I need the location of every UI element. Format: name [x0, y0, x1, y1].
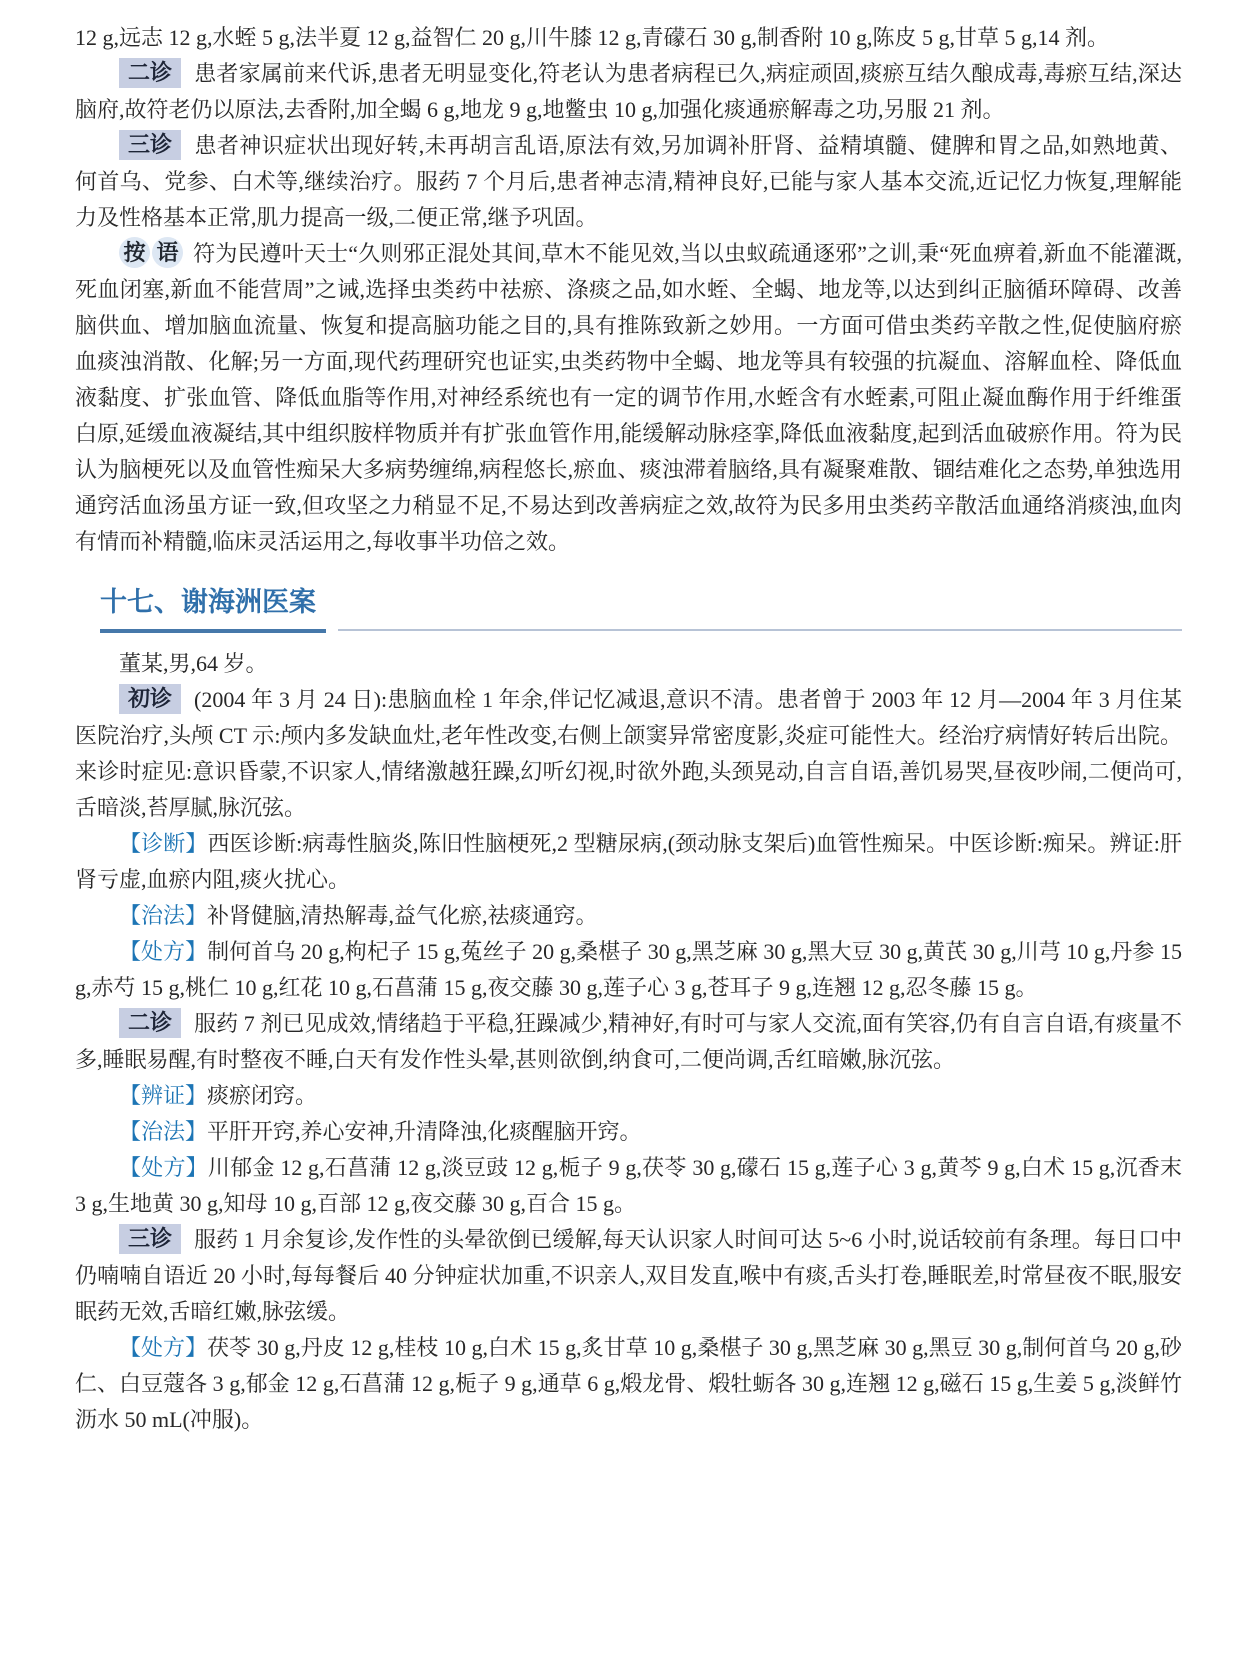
prescription-paragraph-1: 【处方】制何首乌 20 g,枸杞子 15 g,菟丝子 20 g,桑椹子 30 g… — [75, 934, 1182, 1006]
syndrome-label: 【辨证】 — [119, 1083, 207, 1108]
book-page: 12 g,远志 12 g,水蛭 5 g,法半夏 12 g,益智仁 20 g,川牛… — [0, 0, 1254, 1666]
second-visit-text: 患者家属前来代诉,患者无明显变化,符老认为患者病程已久,病症顽固,痰瘀互结久酿成… — [75, 61, 1182, 122]
diagnosis-label: 【诊断】 — [119, 831, 208, 856]
third-visit-text: 患者神识症状出现好转,未再胡言乱语,原法有效,另加调补肝肾、益精填髓、健脾和胃之… — [75, 133, 1182, 230]
patient-info: 董某,男,64 岁。 — [75, 646, 1182, 682]
visit-badge-third-2: 三诊 — [119, 1224, 181, 1254]
treatment-label-1: 【治法】 — [119, 903, 207, 928]
prescription-label-1: 【处方】 — [119, 939, 207, 964]
treatment-label-2: 【治法】 — [119, 1119, 207, 1144]
second-visit-paragraph-2: 二诊服药 7 剂已见成效,情绪趋于平稳,狂躁减少,精神好,有时可与家人交流,面有… — [75, 1006, 1182, 1078]
first-visit-paragraph: 初诊(2004 年 3 月 24 日):患脑血栓 1 年余,伴记忆减退,意识不清… — [75, 682, 1182, 826]
prescription-text-1: 制何首乌 20 g,枸杞子 15 g,菟丝子 20 g,桑椹子 30 g,黑芝麻… — [75, 939, 1182, 1000]
second-visit-paragraph: 二诊患者家属前来代诉,患者无明显变化,符老认为患者病程已久,病症顽固,痰瘀互结久… — [75, 56, 1182, 128]
treatment-text-2: 平肝开窍,养心安神,升清降浊,化痰醒脑开窍。 — [207, 1119, 642, 1144]
section-heading: 十七、谢海洲医案 — [100, 587, 1182, 633]
third-visit-paragraph: 三诊患者神识症状出现好转,未再胡言乱语,原法有效,另加调补肝肾、益精填髓、健脾和… — [75, 128, 1182, 236]
prescription-label-2: 【处方】 — [119, 1155, 208, 1180]
diagnosis-paragraph: 【诊断】西医诊断:病毒性脑炎,陈旧性脑梗死,2 型糖尿病,(颈动脉支架后)血管性… — [75, 826, 1182, 898]
note-badge-char-1: 按 — [119, 237, 150, 268]
second-visit-text-2: 服药 7 剂已见成效,情绪趋于平稳,狂躁减少,精神好,有时可与家人交流,面有笑容… — [75, 1011, 1182, 1072]
prescription-paragraph-2: 【处方】川郁金 12 g,石菖蒲 12 g,淡豆豉 12 g,栀子 9 g,茯苓… — [75, 1150, 1182, 1222]
diagnosis-text: 西医诊断:病毒性脑炎,陈旧性脑梗死,2 型糖尿病,(颈动脉支架后)血管性痴呆。中… — [75, 831, 1182, 892]
note-paragraph: 按语符为民遵叶天士“久则邪正混处其间,草木不能见效,当以虫蚁疏通逐邪”之训,秉“… — [75, 236, 1182, 560]
note-badge: 按语 — [119, 236, 185, 272]
prescription-label-3: 【处方】 — [119, 1335, 207, 1360]
syndrome-paragraph: 【辨证】痰瘀闭窍。 — [75, 1078, 1182, 1114]
heading-rule — [338, 629, 1182, 631]
third-visit-text-2: 服药 1 月余复诊,发作性的头晕欲倒已缓解,每天认识家人时间可达 5~6 小时,… — [75, 1227, 1182, 1324]
prescription-paragraph-3: 【处方】茯苓 30 g,丹皮 12 g,桂枝 10 g,白术 15 g,炙甘草 … — [75, 1330, 1182, 1438]
section-heading-text: 十七、谢海洲医案 — [100, 587, 326, 633]
note-badge-char-2: 语 — [152, 237, 183, 268]
visit-badge-first: 初诊 — [119, 684, 181, 714]
note-text: 符为民遵叶天士“久则邪正混处其间,草木不能见效,当以虫蚁疏通逐邪”之训,秉“死血… — [75, 241, 1182, 554]
treatment-text-1: 补肾健脑,清热解毒,益气化瘀,祛痰通窍。 — [207, 903, 598, 928]
prescription-text-2: 川郁金 12 g,石菖蒲 12 g,淡豆豉 12 g,栀子 9 g,茯苓 30 … — [75, 1155, 1182, 1216]
continued-prescription-paragraph: 12 g,远志 12 g,水蛭 5 g,法半夏 12 g,益智仁 20 g,川牛… — [75, 20, 1182, 56]
third-visit-paragraph-2: 三诊服药 1 月余复诊,发作性的头晕欲倒已缓解,每天认识家人时间可达 5~6 小… — [75, 1222, 1182, 1330]
treatment-paragraph-2: 【治法】平肝开窍,养心安神,升清降浊,化痰醒脑开窍。 — [75, 1114, 1182, 1150]
visit-badge-third: 三诊 — [119, 130, 181, 160]
visit-badge-second-2: 二诊 — [119, 1008, 181, 1038]
first-visit-text: (2004 年 3 月 24 日):患脑血栓 1 年余,伴记忆减退,意识不清。患… — [75, 687, 1182, 820]
syndrome-text: 痰瘀闭窍。 — [207, 1083, 317, 1108]
visit-badge-second: 二诊 — [119, 58, 181, 88]
treatment-paragraph-1: 【治法】补肾健脑,清热解毒,益气化瘀,祛痰通窍。 — [75, 898, 1182, 934]
prescription-text-3: 茯苓 30 g,丹皮 12 g,桂枝 10 g,白术 15 g,炙甘草 10 g… — [75, 1335, 1182, 1432]
